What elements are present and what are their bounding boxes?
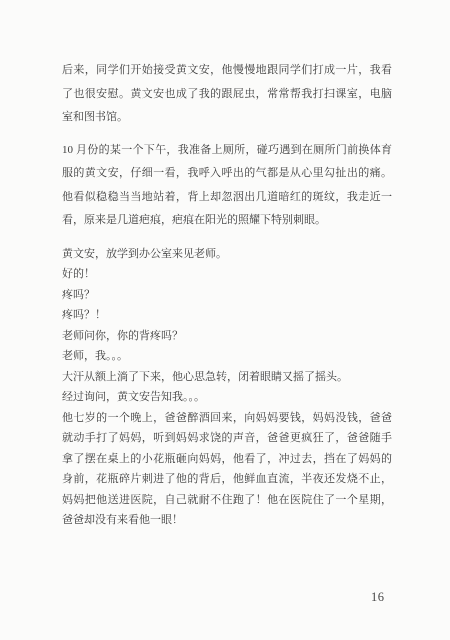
text-line: 老师问你，你的背疼吗？ [62, 326, 392, 347]
text-line: 疼吗？ [62, 285, 392, 306]
text-line: 看，原来是几道疤痕，疤痕在阳光的照耀下特别刺眼。 [62, 209, 392, 233]
text-line: 黄文安，放学到办公室来见老师。 [62, 244, 392, 265]
page-text-block: 后来，同学们开始接受黄文安，他慢慢地跟同学们打成一片，我看 了也很安慰。黄文安也… [62, 59, 392, 531]
text-line: 了也很安慰。黄文安也成了我的跟屁虫，常常帮我打扫课室，电脑 [62, 83, 392, 107]
paragraph-1: 后来，同学们开始接受黄文安，他慢慢地跟同学们打成一片，我看 了也很安慰。黄文安也… [62, 59, 392, 130]
text-line: 身前，花瓶碎片刺进了他的背后，他鲜血直流，半夜还发烧不止， [62, 469, 392, 490]
text-line: 后来，同学们开始接受黄文安，他慢慢地跟同学们打成一片，我看 [62, 59, 392, 83]
text-line: 服的黄文安，仔细一看，我呼入呼出的气都是从心里勾扯出的痛。 [62, 162, 392, 186]
text-line: 他七岁的一个晚上，爸爸醉酒回来，向妈妈要钱，妈妈没钱，爸爸 [62, 408, 392, 429]
text-line: 经过询问，黄文安告知我。。。 [62, 387, 392, 408]
text-line: 妈妈把他送进医院，自己就耐不住跑了！他在医院住了一个星期， [62, 490, 392, 511]
paragraph-3: 黄文安，放学到办公室来见老师。 好的！ 疼吗？ 疼吗？！ 老师问你，你的背疼吗？… [62, 244, 392, 531]
page-number: 16 [371, 590, 385, 605]
text-line: 老师，我。。。 [62, 346, 392, 367]
paragraph-2: 10 月份的某一个下午，我准备上厕所，碰巧遇到在厕所门前换体育 服的黄文安，仔细… [62, 139, 392, 233]
text-line: 爸爸却没有来看他一眼！ [62, 510, 392, 531]
text-line: 室和图书馆。 [62, 106, 392, 130]
text-line: 大汗从额上淌了下来，他心思急转，闭着眼睛又摇了摇头。 [62, 367, 392, 388]
text-line: 10 月份的某一个下午，我准备上厕所，碰巧遇到在厕所门前换体育 [62, 139, 392, 163]
text-line: 拿了摆在桌上的小花瓶砸向妈妈，他看了，冲过去，挡在了妈妈的 [62, 449, 392, 470]
text-line: 他看似稳稳当当地站着，背上却忽洇出几道暗红的斑纹，我走近一 [62, 186, 392, 210]
text-line: 好的！ [62, 264, 392, 285]
text-line: 就动手打了妈妈，听到妈妈求饶的声音，爸爸更疯狂了，爸爸随手 [62, 428, 392, 449]
document-page: 后来，同学们开始接受黄文安，他慢慢地跟同学们打成一片，我看 了也很安慰。黄文安也… [0, 0, 450, 640]
text-line: 疼吗？！ [62, 305, 392, 326]
